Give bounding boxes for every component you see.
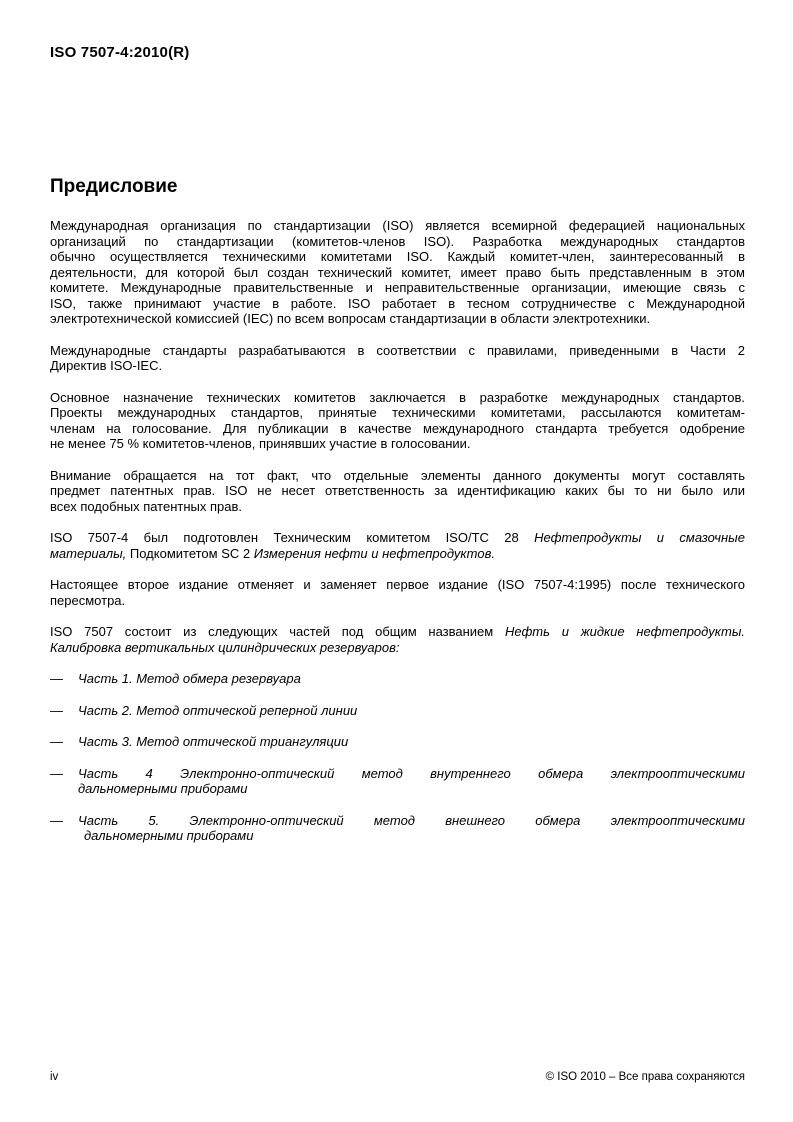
list-item-part-5: — Часть 5. Электронно-оптический метод в… bbox=[50, 813, 745, 844]
paragraph-line: обычно осуществляется техническими комит… bbox=[50, 249, 745, 265]
paragraph-line: Международные стандарты разрабатываются … bbox=[50, 343, 745, 359]
paragraph-line: членам на голосование. Для публикации в … bbox=[50, 421, 745, 437]
paragraph-line: Основное назначение технических комитето… bbox=[50, 390, 745, 406]
running-header: ISO 7507-4:2010(R) bbox=[50, 45, 745, 60]
em-dash-bullet: — bbox=[50, 703, 78, 719]
list-item-part-4: — Часть 4 Электронно-оптический метод вн… bbox=[50, 766, 745, 797]
paragraph-line: Калибровка вертикальных цилиндрических р… bbox=[50, 640, 745, 656]
em-dash-bullet: — bbox=[50, 766, 78, 797]
em-dash-bullet: — bbox=[50, 813, 78, 844]
list-item-text: Часть 1. Метод обмера резервуара bbox=[78, 671, 745, 687]
paragraph-line: деятельности, для которой был создан тех… bbox=[50, 265, 745, 281]
paragraph-line: Проекты международных стандартов, принят… bbox=[50, 405, 745, 421]
em-dash-bullet: — bbox=[50, 671, 78, 687]
paragraph-line: предмет патентных прав. ISO не несет отв… bbox=[50, 483, 745, 499]
list-item-text: дальномерными приборами bbox=[78, 781, 745, 797]
paragraph-line: Директив ISO-IEC. bbox=[50, 358, 745, 374]
document-page: ISO 7507-4:2010(R) Предисловие Междунаро… bbox=[0, 0, 793, 1122]
paragraph-line: ISO 7507-4 был подготовлен Техническим к… bbox=[50, 530, 745, 546]
text-run-italic: Нефть и жидкие нефтепродукты. bbox=[505, 624, 745, 639]
paragraph-line: электротехнической комиссией (IEC) по вс… bbox=[50, 311, 745, 327]
section-title: Предисловие bbox=[50, 175, 745, 198]
paragraph-line: комитете. Международные правительственны… bbox=[50, 280, 745, 296]
text-run-italic: Нефтепродукты и смазочные bbox=[534, 530, 745, 545]
list-item-text: Часть 2. Метод оптической реперной линии bbox=[78, 703, 745, 719]
paragraph-line: не менее 75 % комитетов-членов, принявши… bbox=[50, 436, 745, 452]
paragraph-committees: Основное назначение технических комитето… bbox=[50, 390, 745, 452]
paragraph-line: Настоящее второе издание отменяет и заме… bbox=[50, 577, 745, 593]
paragraph-line: материалы, Подкомитетом SC 2 Измерения н… bbox=[50, 546, 745, 562]
paragraph-line: Международная организация по стандартиза… bbox=[50, 218, 745, 234]
paragraph-second-edition: Настоящее второе издание отменяет и заме… bbox=[50, 577, 745, 608]
text-run: ISO 7507 состоит из следующих частей под… bbox=[50, 624, 505, 639]
paragraph-iso-description: Международная организация по стандартиза… bbox=[50, 218, 745, 327]
paragraph-line: организаций по стандартизации (комитетов… bbox=[50, 234, 745, 250]
text-run-italic: Измерения нефти и нефтепродуктов. bbox=[254, 546, 495, 561]
paragraph-line: ISO, также принимают участие в работе. I… bbox=[50, 296, 745, 312]
paragraph-line: всех подобных патентных прав. bbox=[50, 499, 745, 515]
page-footer: iv © ISO 2010 – Все права сохраняются bbox=[50, 1070, 745, 1084]
copyright-notice: © ISO 2010 – Все права сохраняются bbox=[546, 1070, 745, 1084]
paragraph-parts-intro: ISO 7507 состоит из следующих частей под… bbox=[50, 624, 745, 655]
paragraph-prepared-by: ISO 7507-4 был подготовлен Техническим к… bbox=[50, 530, 745, 561]
text-run: Подкомитетом SC 2 bbox=[126, 546, 253, 561]
paragraph-line: пересмотра. bbox=[50, 593, 745, 609]
list-item-text: Часть 5. Электронно-оптический метод вне… bbox=[78, 813, 745, 829]
page-number: iv bbox=[50, 1070, 58, 1084]
list-item-part-3: — Часть 3. Метод оптической триангуляции bbox=[50, 734, 745, 750]
list-item-part-1: — Часть 1. Метод обмера резервуара bbox=[50, 671, 745, 687]
list-item-text: Часть 3. Метод оптической триангуляции bbox=[78, 734, 745, 750]
text-run: ISO 7507-4 был подготовлен Техническим к… bbox=[50, 530, 534, 545]
paragraph-directives: Международные стандарты разрабатываются … bbox=[50, 343, 745, 374]
paragraph-patent-rights: Внимание обращается на тот факт, что отд… bbox=[50, 468, 745, 515]
text-run-italic: материалы, bbox=[50, 546, 126, 561]
paragraph-line: Внимание обращается на тот факт, что отд… bbox=[50, 468, 745, 484]
text-run-italic: Калибровка вертикальных цилиндрических р… bbox=[50, 640, 400, 655]
em-dash-bullet: — bbox=[50, 734, 78, 750]
paragraph-line: ISO 7507 состоит из следующих частей под… bbox=[50, 624, 745, 640]
list-item-text: дальномерными приборами bbox=[78, 828, 745, 844]
list-item-part-2: — Часть 2. Метод оптической реперной лин… bbox=[50, 703, 745, 719]
list-item-text: Часть 4 Электронно-оптический метод внут… bbox=[78, 766, 745, 782]
